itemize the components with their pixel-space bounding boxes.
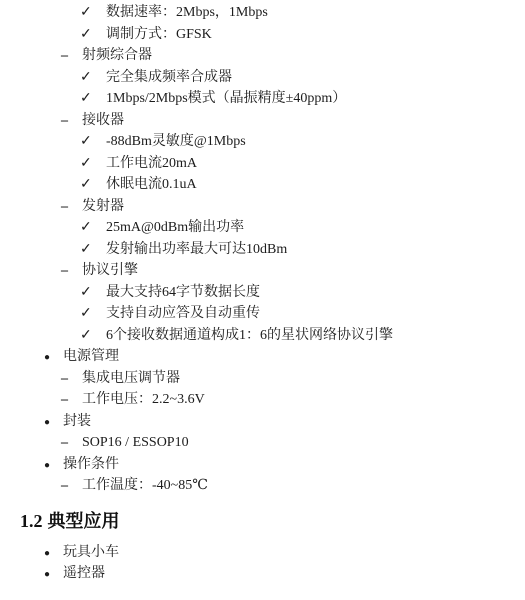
list-item-text: 数据速率：2Mbps，1Mbps <box>106 5 268 20</box>
list-item: ✓工作电流20mA <box>0 153 525 175</box>
dash-icon: – <box>61 432 82 454</box>
bullet-icon: ● <box>44 543 63 565</box>
list-item-text: 支持自动应答及自动重传 <box>106 306 260 321</box>
list-item: ●玩具小车 <box>0 542 525 564</box>
list-item: ✓调制方式：GFSK <box>0 24 525 46</box>
check-icon: ✓ <box>80 131 106 153</box>
list-item: –工作温度：-40~85℃ <box>0 475 525 497</box>
dash-icon: – <box>61 196 82 218</box>
list-item-text: 最大支持64字节数据长度 <box>106 285 260 300</box>
list-item-text: 电源管理 <box>63 349 119 364</box>
dash-icon: – <box>61 389 82 411</box>
bullet-icon: ● <box>44 455 63 477</box>
list-item: –工作电压：2.2~3.6V <box>0 389 525 411</box>
section-number: 1.2 <box>20 511 43 531</box>
dash-icon: – <box>61 110 82 132</box>
list-item-text: SOP16 / ESSOP10 <box>82 435 189 450</box>
check-icon: ✓ <box>80 24 106 46</box>
check-icon: ✓ <box>80 303 106 325</box>
list-item-text: 1Mbps/2Mbps模式（晶振精度±40ppm） <box>106 91 346 106</box>
list-item: ●操作条件 <box>0 454 525 476</box>
list-item: ✓休眠电流0.1uA <box>0 174 525 196</box>
list-item-text: 集成电压调节器 <box>82 371 180 386</box>
list-item: ✓6个接收数据通道构成1：6的星状网络协议引擎 <box>0 325 525 347</box>
list-item: –集成电压调节器 <box>0 368 525 390</box>
dash-icon: – <box>61 475 82 497</box>
list-item: –SOP16 / ESSOP10 <box>0 432 525 454</box>
list-item: –接收器 <box>0 110 525 132</box>
list-item-text: 发射输出功率最大可达10dBm <box>106 242 287 257</box>
list-item-text: 封装 <box>63 414 91 429</box>
list-item-text: 工作电流20mA <box>106 156 197 171</box>
list-item: ●遥控器 <box>0 563 525 585</box>
list-item: –协议引擎 <box>0 260 525 282</box>
check-icon: ✓ <box>80 153 106 175</box>
dash-icon: – <box>61 260 82 282</box>
bullet-icon: ● <box>44 412 63 434</box>
list-item-text: 玩具小车 <box>63 545 119 560</box>
list-item: ●电源管理 <box>0 346 525 368</box>
check-icon: ✓ <box>80 325 106 347</box>
section-heading: 1.2典型应用 <box>0 509 525 533</box>
list-item: ✓完全集成频率合成器 <box>0 67 525 89</box>
list-item: ✓最大支持64字节数据长度 <box>0 282 525 304</box>
check-icon: ✓ <box>80 239 106 261</box>
list-item: ✓1Mbps/2Mbps模式（晶振精度±40ppm） <box>0 88 525 110</box>
list-item-text: 6个接收数据通道构成1：6的星状网络协议引擎 <box>106 328 393 343</box>
list-item: ✓发射输出功率最大可达10dBm <box>0 239 525 261</box>
applications-list: ●玩具小车●遥控器 <box>0 542 525 585</box>
list-item-text: -88dBm灵敏度@1Mbps <box>106 134 246 149</box>
list-item-text: 25mA@0dBm输出功率 <box>106 220 244 235</box>
list-item: ✓25mA@0dBm输出功率 <box>0 217 525 239</box>
list-item: –发射器 <box>0 196 525 218</box>
list-item: ●封装 <box>0 411 525 433</box>
list-item-text: 工作温度：-40~85℃ <box>82 478 208 493</box>
list-item-text: 操作条件 <box>63 457 119 472</box>
list-item-text: 完全集成频率合成器 <box>106 70 232 85</box>
check-icon: ✓ <box>80 2 106 24</box>
list-item-text: 发射器 <box>82 199 124 214</box>
document-page: ✓数据速率：2Mbps，1Mbps✓调制方式：GFSK–射频综合器✓完全集成频率… <box>0 0 525 600</box>
check-icon: ✓ <box>80 282 106 304</box>
list-item-text: 休眠电流0.1uA <box>106 177 197 192</box>
bullet-icon: ● <box>44 347 63 369</box>
check-icon: ✓ <box>80 174 106 196</box>
feature-list: ✓数据速率：2Mbps，1Mbps✓调制方式：GFSK–射频综合器✓完全集成频率… <box>0 2 525 497</box>
list-item: –射频综合器 <box>0 45 525 67</box>
list-item: ✓数据速率：2Mbps，1Mbps <box>0 2 525 24</box>
list-item-text: 遥控器 <box>63 566 105 581</box>
check-icon: ✓ <box>80 67 106 89</box>
list-item: ✓支持自动应答及自动重传 <box>0 303 525 325</box>
list-item-text: 工作电压：2.2~3.6V <box>82 392 205 407</box>
section-title: 典型应用 <box>48 511 120 531</box>
dash-icon: – <box>61 45 82 67</box>
check-icon: ✓ <box>80 88 106 110</box>
list-item-text: 协议引擎 <box>82 263 138 278</box>
check-icon: ✓ <box>80 217 106 239</box>
list-item-text: 接收器 <box>82 113 124 128</box>
list-item: ✓-88dBm灵敏度@1Mbps <box>0 131 525 153</box>
bullet-icon: ● <box>44 564 63 586</box>
dash-icon: – <box>61 368 82 390</box>
list-item-text: 调制方式：GFSK <box>106 27 212 42</box>
list-item-text: 射频综合器 <box>82 48 152 63</box>
